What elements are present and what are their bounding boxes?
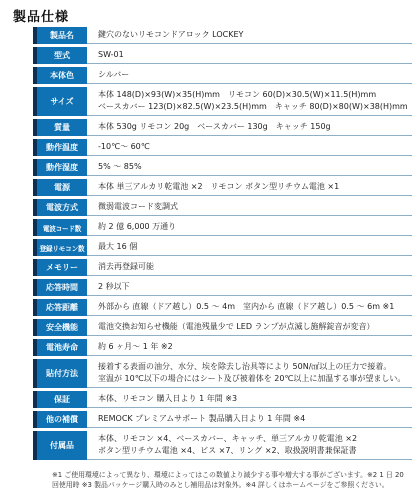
- spec-value: 2 秒以下: [87, 279, 412, 296]
- spec-value-line: 本体、リモコン 購入日より 1 年間 ※3: [98, 393, 408, 405]
- spec-value-line: -10℃～ 60℃: [98, 141, 408, 153]
- spec-row: サイズ 本体 148(D)×93(W)×35(H)mm リモコン 60(D)×3…: [33, 87, 412, 116]
- spec-row: 電池寿命 約 6 ヶ月～ 1 年 ※2: [33, 339, 412, 356]
- spec-value-line: 消去再登録可能: [98, 261, 408, 273]
- spec-value: シルバー: [87, 67, 412, 84]
- spec-value: 接着する表面の油分、水分、埃を除去し治具等により 50N/㎠以上の圧力で接着。室…: [87, 359, 412, 388]
- spec-row: 他の補償 REMOCK プレミアムサポート 製品購入日より 1 年間 ※4: [33, 411, 412, 428]
- spec-table: 製品名 鍵穴のないリモコンドアロック LOCKEY 型式 SW-01 本体色 シ…: [33, 27, 412, 460]
- spec-label: 応答時間: [33, 279, 87, 296]
- spec-value-line: 鍵穴のないリモコンドアロック LOCKEY: [98, 29, 408, 41]
- spec-value-line: 接着する表面の油分、水分、埃を除去し治具等により 50N/㎠以上の圧力で接着。: [98, 361, 408, 373]
- spec-label: 電源: [33, 179, 87, 196]
- spec-value: REMOCK プレミアムサポート 製品購入日より 1 年間 ※4: [87, 411, 412, 428]
- spec-row: 製品名 鍵穴のないリモコンドアロック LOCKEY: [33, 27, 412, 44]
- spec-label: 型式: [33, 47, 87, 64]
- spec-value: 電池交換お知らせ機能（電池残量少で LED ランプが点滅し施解錠音が変音）: [87, 319, 412, 336]
- spec-label: 動作湿度: [33, 159, 87, 176]
- spec-label: 質量: [33, 119, 87, 136]
- spec-value-line: 5% ～ 85%: [98, 161, 408, 173]
- page-title: 製品仕様: [13, 6, 69, 25]
- spec-row: 質量 本体 530g リモコン 20g ベースカバー 130g キャッチ 150…: [33, 119, 412, 136]
- spec-value-line: ボタン型リチウム電池 ×4、ビス ×7、リング ×2、取扱説明書兼保証書: [98, 445, 408, 457]
- spec-label: 電波方式: [33, 199, 87, 216]
- spec-row: 応答時間 2 秒以下: [33, 279, 412, 296]
- spec-value: 5% ～ 85%: [87, 159, 412, 176]
- spec-value: 約 2 億 6,000 万通り: [87, 219, 412, 236]
- spec-value-line: 本体、リモコン ×4、ベースカバー、キャッチ、単三アルカリ乾電池 ×2: [98, 433, 408, 445]
- spec-value-line: 本体 単三アルカリ乾電池 ×2 リモコン ボタン型リチウム電池 ×1: [98, 181, 408, 193]
- spec-value: 最大 16 個: [87, 239, 412, 256]
- spec-value: SW-01: [87, 47, 412, 64]
- spec-value-line: シルバー: [98, 69, 408, 81]
- spec-value: 本体 530g リモコン 20g ベースカバー 130g キャッチ 150g: [87, 119, 412, 136]
- spec-row: 動作湿度 5% ～ 85%: [33, 159, 412, 176]
- spec-value: 本体、リモコン ×4、ベースカバー、キャッチ、単三アルカリ乾電池 ×2ボタン型リ…: [87, 431, 412, 460]
- spec-value: -10℃～ 60℃: [87, 139, 412, 156]
- spec-row: 電波コード数 約 2 億 6,000 万通り: [33, 219, 412, 236]
- spec-sheet-page: 製品仕様 製品名 鍵穴のないリモコンドアロック LOCKEY 型式 SW-01 …: [0, 0, 420, 500]
- spec-value: 微弱電波コード変調式: [87, 199, 412, 216]
- footnote: ※1 ご使用環境によって異なり、環境によってはこの数値より減少する事や増大する事…: [52, 471, 410, 490]
- spec-label: 電波コード数: [33, 219, 87, 236]
- spec-label: メモリー: [33, 259, 87, 276]
- spec-row: メモリー 消去再登録可能: [33, 259, 412, 276]
- spec-row: 型式 SW-01: [33, 47, 412, 64]
- spec-row: 電源 本体 単三アルカリ乾電池 ×2 リモコン ボタン型リチウム電池 ×1: [33, 179, 412, 196]
- spec-value: 本体 単三アルカリ乾電池 ×2 リモコン ボタン型リチウム電池 ×1: [87, 179, 412, 196]
- spec-row: 電波方式 微弱電波コード変調式: [33, 199, 412, 216]
- spec-label: 他の補償: [33, 411, 87, 428]
- spec-value-line: 最大 16 個: [98, 241, 408, 253]
- spec-value-line: 本体 148(D)×93(W)×35(H)mm リモコン 60(D)×30.5(…: [98, 89, 408, 101]
- spec-value-line: REMOCK プレミアムサポート 製品購入日より 1 年間 ※4: [98, 413, 408, 425]
- spec-value-line: 2 秒以下: [98, 281, 408, 293]
- spec-value-line: 本体 530g リモコン 20g ベースカバー 130g キャッチ 150g: [98, 121, 408, 133]
- spec-row: 貼付方法 接着する表面の油分、水分、埃を除去し治具等により 50N/㎠以上の圧力…: [33, 359, 412, 388]
- spec-value-line: 約 6 ヶ月～ 1 年 ※2: [98, 341, 408, 353]
- spec-label: 登録リモコン数: [33, 239, 87, 256]
- spec-row: 本体色 シルバー: [33, 67, 412, 84]
- spec-row: 登録リモコン数 最大 16 個: [33, 239, 412, 256]
- spec-value: 本体 148(D)×93(W)×35(H)mm リモコン 60(D)×30.5(…: [87, 87, 412, 116]
- spec-label: 動作温度: [33, 139, 87, 156]
- spec-label: 本体色: [33, 67, 87, 84]
- spec-row: 安全機能 電池交換お知らせ機能（電池残量少で LED ランプが点滅し施解錠音が変…: [33, 319, 412, 336]
- spec-value-line: 微弱電波コード変調式: [98, 201, 408, 213]
- spec-row: 保証 本体、リモコン 購入日より 1 年間 ※3: [33, 391, 412, 408]
- spec-label: 応答距離: [33, 299, 87, 316]
- spec-label: 製品名: [33, 27, 87, 44]
- spec-value-line: 約 2 億 6,000 万通り: [98, 221, 408, 233]
- spec-row: 応答距離 外部から 直線（ドア越し）0.5 ～ 4m 室内から 直線（ドア越し）…: [33, 299, 412, 316]
- spec-label: 安全機能: [33, 319, 87, 336]
- spec-label: 電池寿命: [33, 339, 87, 356]
- spec-value-line: 外部から 直線（ドア越し）0.5 ～ 4m 室内から 直線（ドア越し）0.5 ～…: [98, 301, 408, 313]
- spec-value: 消去再登録可能: [87, 259, 412, 276]
- spec-value: 約 6 ヶ月～ 1 年 ※2: [87, 339, 412, 356]
- spec-value-line: ベースカバー 123(D)×82.5(W)×23.5(H)mm キャッチ 80(…: [98, 101, 408, 113]
- spec-row: 動作温度 -10℃～ 60℃: [33, 139, 412, 156]
- spec-row: 付属品 本体、リモコン ×4、ベースカバー、キャッチ、単三アルカリ乾電池 ×2ボ…: [33, 431, 412, 460]
- spec-value-line: 室温が 10℃以下の場合にはシート及び被着体を 20℃以上に加温する事が望ましい…: [98, 373, 408, 385]
- spec-label: サイズ: [33, 87, 87, 116]
- spec-value: 外部から 直線（ドア越し）0.5 ～ 4m 室内から 直線（ドア越し）0.5 ～…: [87, 299, 412, 316]
- spec-value: 鍵穴のないリモコンドアロック LOCKEY: [87, 27, 412, 44]
- spec-value-line: 電池交換お知らせ機能（電池残量少で LED ランプが点滅し施解錠音が変音）: [98, 321, 408, 333]
- spec-value-line: SW-01: [98, 49, 408, 61]
- spec-value: 本体、リモコン 購入日より 1 年間 ※3: [87, 391, 412, 408]
- spec-label: 保証: [33, 391, 87, 408]
- spec-label: 付属品: [33, 431, 87, 460]
- spec-label: 貼付方法: [33, 359, 87, 388]
